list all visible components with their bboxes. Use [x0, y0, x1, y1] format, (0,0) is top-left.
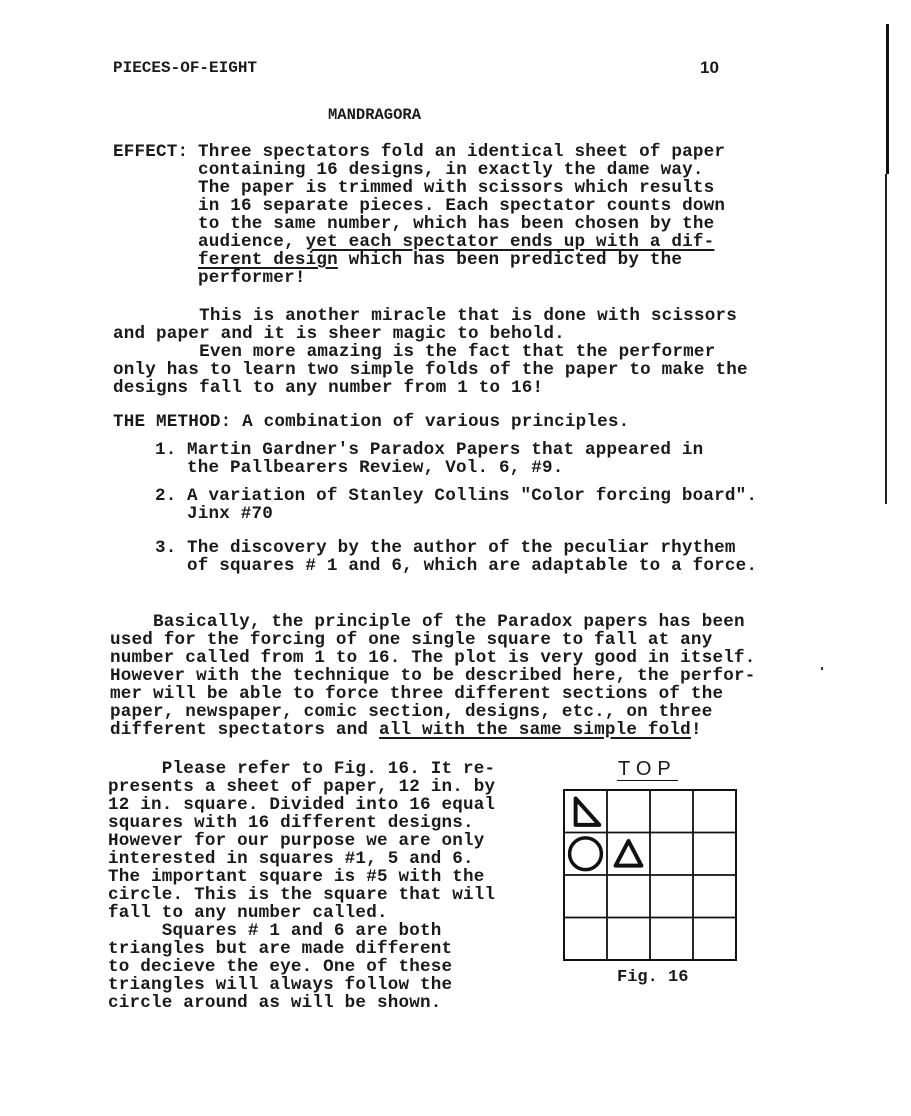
refer-line: Please refer to Fig. 16. It re- [108, 760, 495, 778]
refer-line: to decieve the eye. One of these [108, 958, 452, 976]
basically-line: different spectators and all with the sa… [110, 721, 702, 739]
page-number: 10 [700, 58, 719, 78]
intro-line: This is another miracle that is done wit… [113, 307, 737, 325]
basically-text: different spectators and [110, 720, 379, 740]
basically-line: number called from 1 to 16. The plot is … [110, 649, 755, 667]
effect-line: containing 16 designs, in exactly the da… [198, 161, 704, 179]
refer-line: circle. This is the square that will [108, 886, 495, 904]
figure-16-grid [562, 788, 738, 962]
refer-line: triangles but are made different [108, 940, 452, 958]
method-item-line: Jinx #70 [187, 505, 273, 523]
intro-line: Even more amazing is the fact that the p… [113, 343, 715, 361]
triangle-icon [616, 841, 642, 866]
intro-line: only has to learn two simple folds of th… [113, 361, 748, 379]
basically-line: paper, newspaper, comic section, designs… [110, 703, 712, 721]
scan-binding-edge [886, 24, 889, 174]
basically-line: However with the technique to be describ… [110, 667, 755, 685]
effect-line: to the same number, which has been chose… [198, 215, 714, 233]
refer-line: triangles will always follow the [108, 976, 452, 994]
effect-text: which has been predicted by the [338, 250, 682, 270]
intro-line: designs fall to any number from 1 to 16! [113, 379, 543, 397]
refer-line: presents a sheet of paper, 12 in. by [108, 778, 495, 796]
refer-line: fall to any number called. [108, 904, 388, 922]
effect-line: The paper is trimmed with scissors which… [198, 179, 714, 197]
refer-line: Squares # 1 and 6 are both [108, 922, 442, 940]
page-title: MANDRAGORA [328, 106, 421, 124]
method-item-number: 2. [155, 487, 177, 505]
running-title: PIECES-OF-EIGHT [113, 59, 257, 77]
refer-line: squares with 16 different designs. [108, 814, 474, 832]
refer-line: 12 in. square. Divided into 16 equal [108, 796, 495, 814]
basically-underlined-text: all with the same simple fold [379, 720, 691, 740]
method-item-number: 1. [155, 441, 177, 459]
effect-underlined-text: ferent design [198, 250, 338, 270]
method-item-line: The discovery by the author of the pecul… [187, 539, 736, 557]
basically-line: Basically, the principle of the Paradox … [110, 613, 745, 631]
refer-line: circle around as will be shown. [108, 994, 442, 1012]
circle-icon [570, 838, 602, 870]
right-triangle-icon [576, 799, 600, 825]
effect-line: ferent design which has been predicted b… [198, 251, 682, 269]
effect-line: Three spectators fold an identical sheet… [198, 143, 725, 161]
effect-underlined-text: yet each spectator ends up with a dif- [306, 232, 715, 252]
refer-line: However for our purpose we are only [108, 832, 485, 850]
method-item-line: the Pallbearers Review, Vol. 6, #9. [187, 459, 564, 477]
figure-caption: Fig. 16 [617, 968, 688, 987]
figure-top-label: TOP [617, 758, 678, 781]
refer-line: The important square is #5 with the [108, 868, 485, 886]
effect-text: audience, [198, 232, 306, 252]
effect-line: audience, yet each spectator ends up wit… [198, 233, 714, 251]
effect-line: performer! [198, 269, 306, 287]
method-item-line: of squares # 1 and 6, which are adaptabl… [187, 557, 757, 575]
basically-line: used for the forcing of one single squar… [110, 631, 712, 649]
intro-line: and paper and it is sheer magic to behol… [113, 325, 565, 343]
effect-line: in 16 separate pieces. Each spectator co… [198, 197, 725, 215]
effect-label: EFFECT: [113, 143, 188, 161]
scan-speck [821, 667, 823, 670]
method-heading: THE METHOD: A combination of various pri… [113, 413, 629, 431]
method-item-line: A variation of Stanley Collins "Color fo… [187, 487, 757, 505]
method-item-number: 3. [155, 539, 177, 557]
refer-line: interested in squares #1, 5 and 6. [108, 850, 474, 868]
scan-binding-edge-lower [885, 174, 887, 504]
basically-text: ! [691, 720, 702, 740]
basically-line: mer will be able to force three differen… [110, 685, 723, 703]
method-item-line: Martin Gardner's Paradox Papers that app… [187, 441, 703, 459]
